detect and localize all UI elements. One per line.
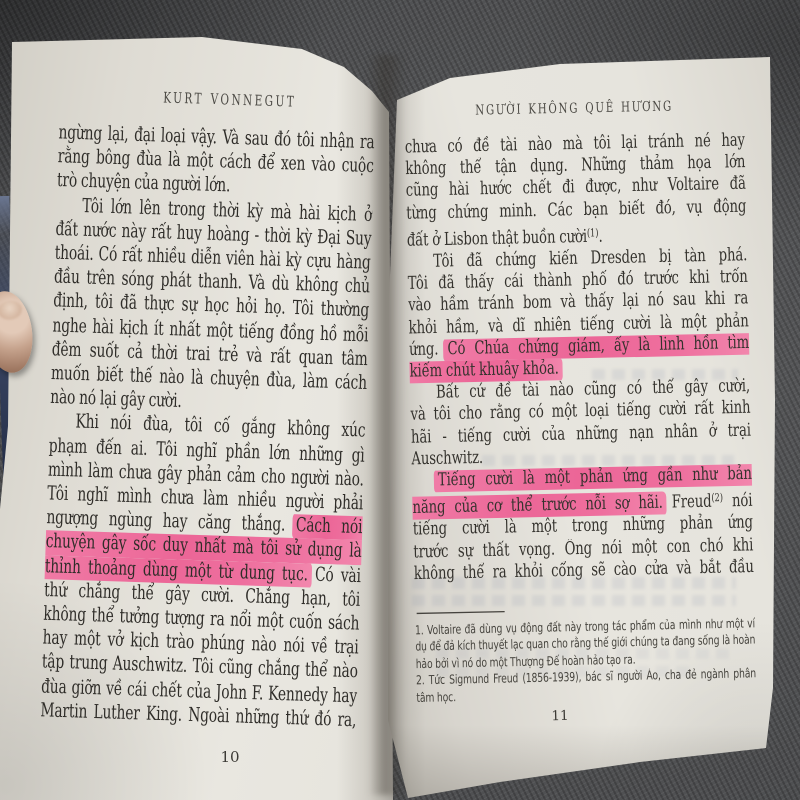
left-page-text: KURT VONNEGUT ngừng lại, đại loại vậy. V… <box>40 88 376 733</box>
right-page-number: 11 <box>538 707 582 724</box>
right-page-text: NGƯỜI KHÔNG QUÊ HƯƠNG chưa có đề tài nào… <box>404 97 757 708</box>
book-photo-scene: KURT VONNEGUT ngừng lại, đại loại vậy. V… <box>0 0 800 800</box>
footnotes: 1. Voltaire đã dùng vụ động đất này tron… <box>415 617 757 708</box>
footnote-marker: (1) <box>587 225 599 239</box>
highlighted-text: kiếm chút khuây khỏa. <box>409 357 563 383</box>
footnote-marker: (2) <box>711 491 723 505</box>
footnote-divider <box>417 611 505 614</box>
highlighted-text: Cách nói <box>291 513 362 541</box>
thumb-nail <box>0 299 23 321</box>
left-page-body: ngừng lại, đại loại vậy. Và sau đó tôi n… <box>40 122 375 734</box>
left-page-number: 10 <box>208 748 252 766</box>
right-page-body: chưa có đề tài nào mà tôi lại tránh né h… <box>405 131 754 586</box>
